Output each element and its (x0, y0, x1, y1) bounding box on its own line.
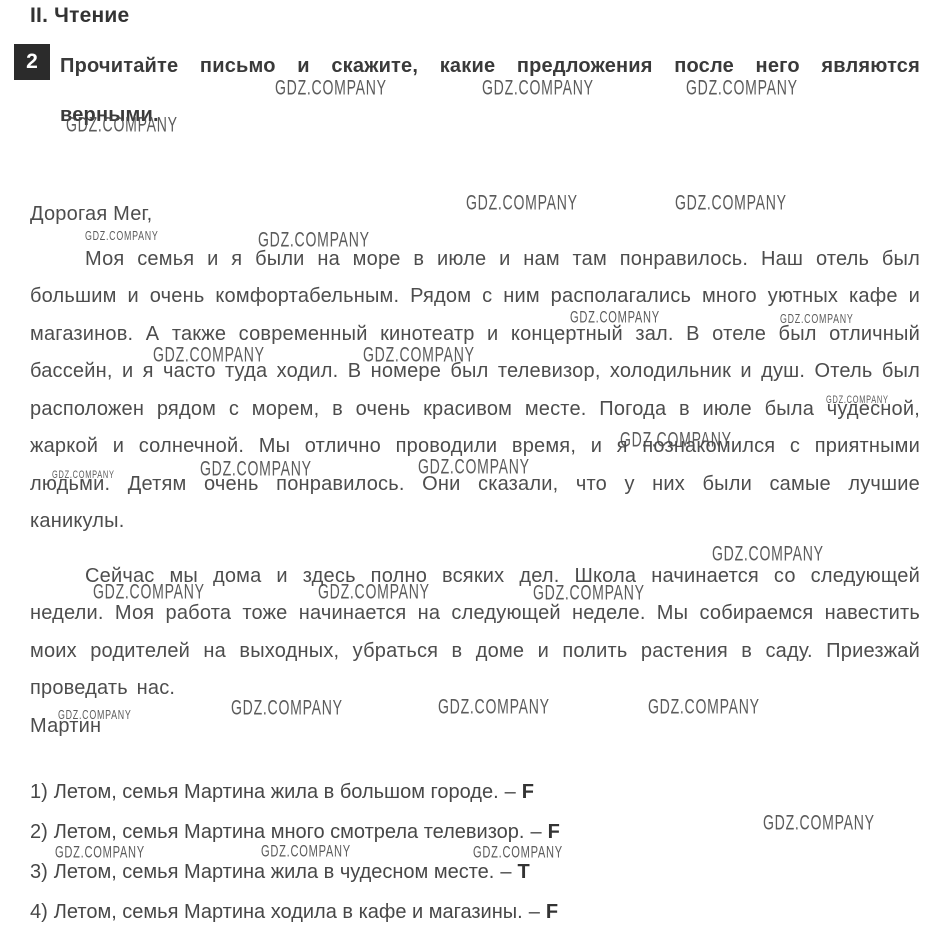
statements-list: 1)Летом, семья Мартина жила в большом го… (30, 772, 920, 932)
statement-number: 3) (30, 861, 48, 883)
statement-answer: F (548, 821, 560, 843)
statement-number: 4) (30, 901, 48, 923)
letter-signature: Мартин (30, 708, 920, 746)
statement-row-4: 4)Летом, семья Мартина ходила в кафе и м… (30, 892, 920, 932)
letter-greeting: Дорогая Мег, (30, 196, 920, 234)
statement-row-2: 2)Летом, семья Мартина много смотрела те… (30, 812, 920, 852)
statement-text: Летом, семья Мартина жила в большом горо… (54, 781, 499, 803)
statement-dash: – (529, 901, 540, 923)
statement-number: 1) (30, 781, 48, 803)
task-number-badge: 2 (14, 44, 50, 80)
statement-text: Летом, семья Мартина жила в чудесном мес… (54, 861, 495, 883)
statement-text: Летом, семья Мартина много смотрела теле… (54, 821, 525, 843)
statement-dash: – (500, 861, 511, 883)
statement-number: 2) (30, 821, 48, 843)
letter-paragraph-1: Моя семья и я были на море в июле и нам … (30, 241, 920, 541)
letter-paragraph-2: Сейчас мы дома и здесь полно всяких дел.… (30, 558, 920, 708)
statement-answer: T (517, 861, 529, 883)
statement-dash: – (505, 781, 516, 803)
letter-body: Дорогая Мег, Моя семья и я были на море … (30, 196, 920, 745)
statement-answer: F (522, 781, 534, 803)
section-title: II. Чтение (30, 4, 129, 28)
statement-text: Летом, семья Мартина ходила в кафе и маг… (54, 901, 523, 923)
statement-row-3: 3)Летом, семья Мартина жила в чудесном м… (30, 852, 920, 892)
task-instruction: Прочитайте письмо и скажите, какие предл… (60, 42, 920, 140)
statement-row-1: 1)Летом, семья Мартина жила в большом го… (30, 772, 920, 812)
statement-answer: F (546, 901, 558, 923)
worksheet-page: II. Чтение 2 Прочитайте письмо и скажите… (0, 0, 940, 937)
statement-dash: – (530, 821, 541, 843)
